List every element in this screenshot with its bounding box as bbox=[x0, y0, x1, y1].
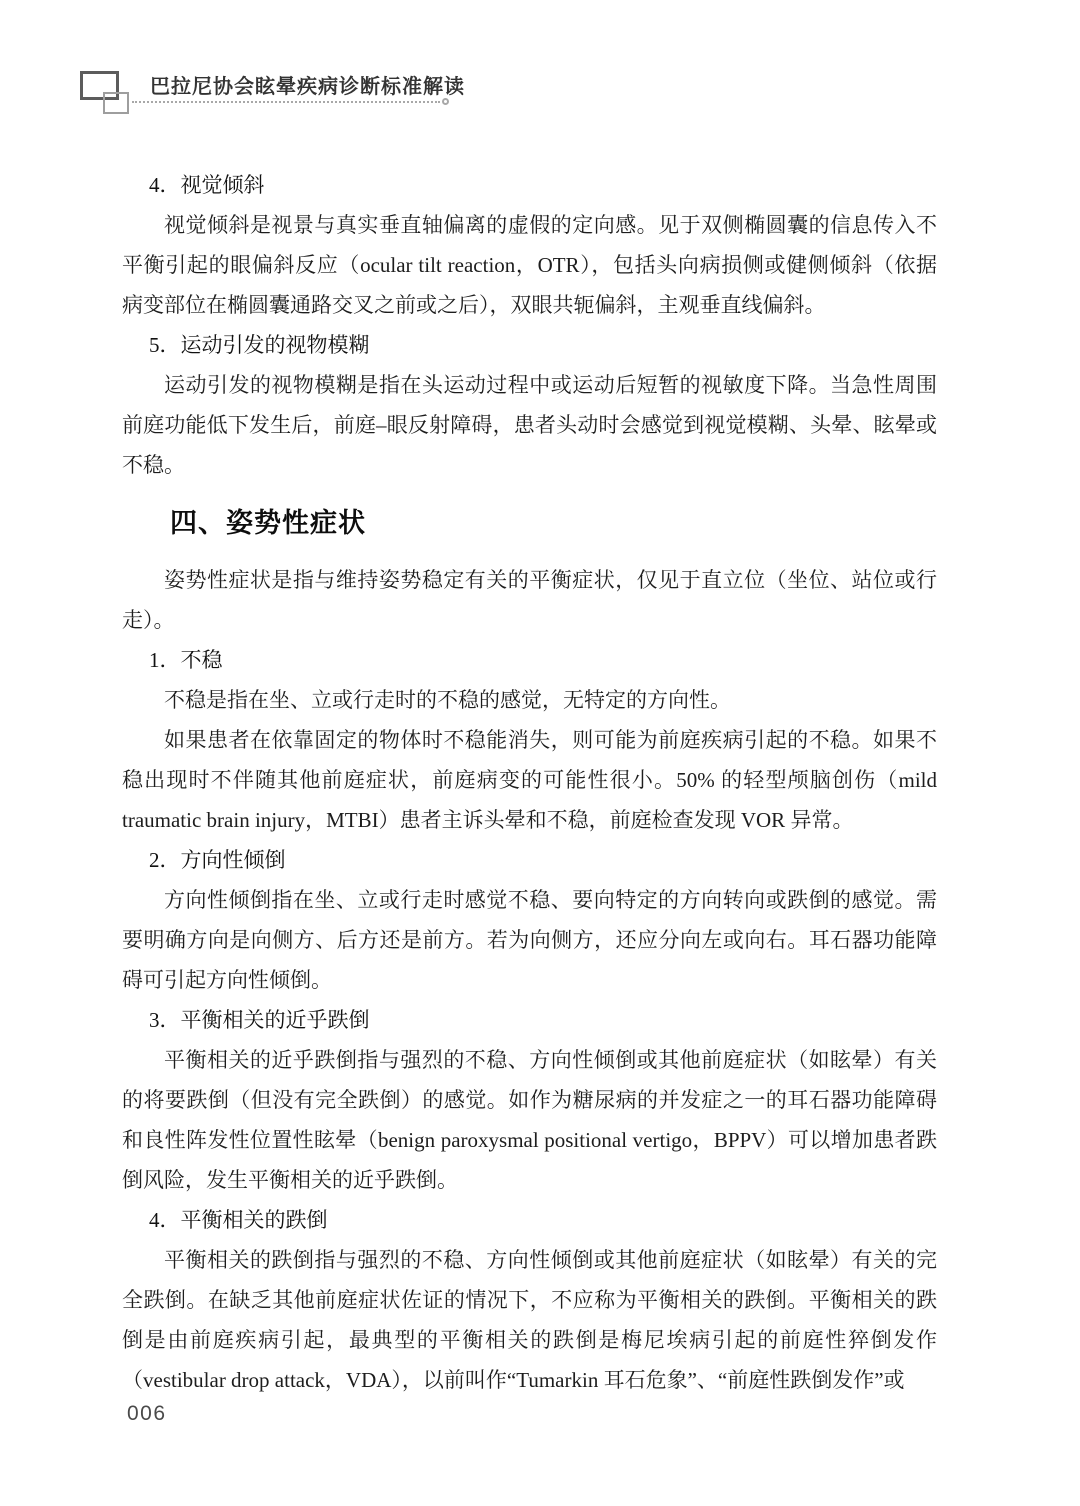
paragraph: 不稳是指在坐、立或行走时的不稳的感觉，无特定的方向性。 bbox=[122, 680, 937, 720]
header-rule-end-circle-icon bbox=[442, 98, 449, 105]
book-page: 巴拉尼协会眩晕疾病诊断标准解读 4．视觉倾斜 视觉倾斜是视景与真实垂直轴偏离的虚… bbox=[0, 0, 1080, 1506]
paragraph: 平衡相关的跌倒指与强烈的不稳、方向性倾倒或其他前庭症状（如眩晕）有关的完全跌倒。… bbox=[122, 1240, 937, 1400]
paragraph: 平衡相关的近乎跌倒指与强烈的不稳、方向性倾倒或其他前庭症状（如眩晕）有关的将要跌… bbox=[122, 1040, 937, 1200]
paragraph: 视觉倾斜是视景与真实垂直轴偏离的虚假的定向感。见于双侧椭圆囊的信息传入不平衡引起… bbox=[122, 205, 937, 325]
logo-square-small bbox=[103, 92, 129, 114]
paragraph: 如果患者在依靠固定的物体时不稳能消失，则可能为前庭疾病引起的不稳。如果不稳出现时… bbox=[122, 720, 937, 840]
subsection-heading: 5．运动引发的视物模糊 bbox=[149, 325, 937, 365]
subsection-heading: 4．视觉倾斜 bbox=[149, 165, 937, 205]
page-number: 006 bbox=[127, 1402, 167, 1426]
page-header: 巴拉尼协会眩晕疾病诊断标准解读 bbox=[0, 0, 1080, 150]
subsection-heading: 1．不稳 bbox=[149, 640, 937, 680]
subsection-heading: 4．平衡相关的跌倒 bbox=[149, 1200, 937, 1240]
text-column: 4．视觉倾斜 视觉倾斜是视景与真实垂直轴偏离的虚假的定向感。见于双侧椭圆囊的信息… bbox=[122, 165, 937, 1400]
paragraph: 姿势性症状是指与维持姿势稳定有关的平衡症状，仅见于直立位（坐位、站位或行走）。 bbox=[122, 560, 937, 640]
paragraph: 方向性倾倒指在坐、立或行走时感觉不稳、要向特定的方向转向或跌倒的感觉。需要明确方… bbox=[122, 880, 937, 1000]
paragraph: 运动引发的视物模糊是指在头运动过程中或运动后短暂的视敏度下降。当急性周围前庭功能… bbox=[122, 365, 937, 485]
header-dotted-rule bbox=[132, 95, 440, 103]
subsection-heading: 3．平衡相关的近乎跌倒 bbox=[149, 1000, 937, 1040]
subsection-heading: 2．方向性倾倒 bbox=[149, 840, 937, 880]
section-heading: 四、姿势性症状 bbox=[170, 503, 937, 543]
